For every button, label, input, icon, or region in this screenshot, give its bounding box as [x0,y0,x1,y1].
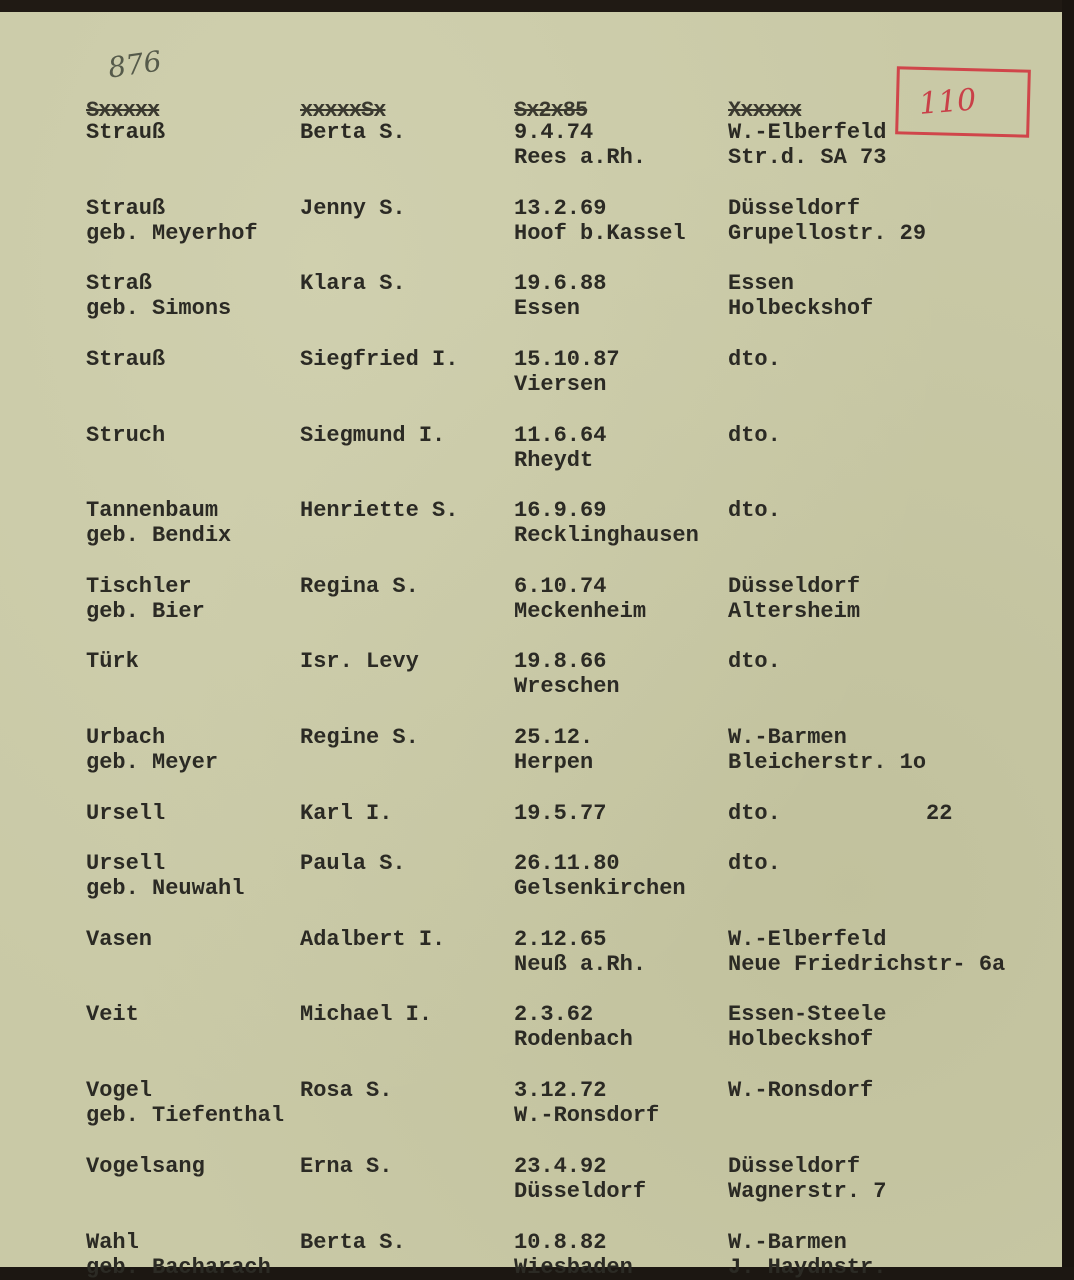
residence: Essen [728,271,794,296]
street-address: Bleicherstr. 1o [728,750,926,775]
maiden-name: geb. Simons [86,296,231,321]
surname: Urbach [86,725,165,750]
birth-place: Gelsenkirchen [514,876,686,901]
birth-place: Recklinghausen [514,523,699,548]
birth-place: W.-Ronsdorf [514,1103,659,1128]
surname: Strauß [86,347,165,372]
residence: Düsseldorf [728,1154,860,1179]
birth-place: Wreschen [514,674,620,699]
maiden-name: geb. Tiefenthal [86,1103,284,1128]
street-address: Neue Friedrichstr- 6a [728,952,1005,977]
residence: W.-Barmen [728,725,847,750]
handwritten-page-number: 876 [106,44,164,84]
surname: Vogel [86,1078,152,1103]
surname: Wahl [86,1230,139,1255]
scan-border-top [0,0,1074,12]
birth-place: Viersen [514,372,606,397]
birth-date: 3.12.72 [514,1078,606,1103]
birth-date: 2.12.65 [514,927,606,952]
birth-place: Rheydt [514,448,593,473]
residence: Düsseldorf [728,196,860,221]
surname: Struch [86,423,165,448]
surname: Tischler [86,574,192,599]
birth-place: Rodenbach [514,1027,633,1052]
birth-date: 19.8.66 [514,649,606,674]
residence: W.-Ronsdorf [728,1078,873,1103]
birth-place: Essen [514,296,580,321]
maiden-name: geb. Meyer [86,750,218,775]
street-address: Holbeckshof [728,296,873,321]
maiden-name: geb. Meyerhof [86,221,258,246]
given-name: Regine S. [300,725,419,750]
residence: dto. [728,347,781,372]
street-address: Str.d. SA 73 [728,145,886,170]
street-address: Wagnerstr. 7 [728,1179,886,1204]
given-name: Karl I. [300,801,392,826]
birth-date: 10.8.82 [514,1230,606,1255]
surname: Strauß [86,196,165,221]
surname: Vogelsang [86,1154,205,1179]
birth-date: 2.3.62 [514,1002,593,1027]
birth-date: 19.5.77 [514,801,606,826]
given-name: Paula S. [300,851,406,876]
surname: Ursell [86,801,165,826]
residence: dto. [728,649,781,674]
birth-date: 16.9.69 [514,498,606,523]
birth-date: 19.6.88 [514,271,606,296]
given-name: Michael I. [300,1002,432,1027]
maiden-name: geb. Bendix [86,523,231,548]
residence: W.-Elberfeld [728,927,886,952]
given-name: Erna S. [300,1154,392,1179]
residence: dto. [728,498,781,523]
surname: Türk [86,649,139,674]
given-name: Berta S. [300,120,406,145]
maiden-name: geb. Neuwahl [86,876,244,901]
surname: Straß [86,271,152,296]
street-address: Altersheim [728,599,860,624]
residence: W.-Elberfeld [728,120,886,145]
given-name: Klara S. [300,271,406,296]
birth-place: Neuß a.Rh. [514,952,646,977]
birth-place: Herpen [514,750,593,775]
birth-place: Hoof b.Kassel [514,221,686,246]
birth-place: Düsseldorf [514,1179,646,1204]
surname: Strauß [86,120,165,145]
street-address: J. Haydnstr. [728,1255,886,1267]
birth-date: 25.12. [514,725,593,750]
surname: Veit [86,1002,139,1027]
given-name: Berta S. [300,1230,406,1255]
birth-date: 15.10.87 [514,347,620,372]
birth-date: 23.4.92 [514,1154,606,1179]
maiden-name: geb. Bacharach [86,1255,271,1267]
given-name: Siegmund I. [300,423,445,448]
page-number-stamp: 110 [895,66,1031,137]
birth-place: Meckenheim [514,599,646,624]
birth-place: Wiesbaden [514,1255,633,1267]
residence: Düsseldorf [728,574,860,599]
residence: Essen-Steele [728,1002,886,1027]
surname: Ursell [86,851,165,876]
street-address: Grupellostr. 29 [728,221,926,246]
street-address: Holbeckshof [728,1027,873,1052]
birth-date: 9.4.74 [514,120,593,145]
surname: Vasen [86,927,152,952]
given-name: Isr. Levy [300,649,419,674]
document-page: 876 110 Sxxxxx xxxxxSx Sx2x85 Xxxxxx Str… [0,12,1062,1267]
given-name: Jenny S. [300,196,406,221]
birth-date: 13.2.69 [514,196,606,221]
residence: dto. [728,851,781,876]
residence: dto. [728,423,781,448]
stamp-number: 110 [918,82,978,121]
given-name: Adalbert I. [300,927,445,952]
surname: Tannenbaum [86,498,218,523]
scan-border-right [1062,0,1074,1267]
given-name: Siegfried I. [300,347,458,372]
residence: dto. 22 [728,801,952,826]
given-name: Regina S. [300,574,419,599]
birth-date: 26.11.80 [514,851,620,876]
birth-date: 11.6.64 [514,423,606,448]
birth-date: 6.10.74 [514,574,606,599]
birth-place: Rees a.Rh. [514,145,646,170]
maiden-name: geb. Bier [86,599,205,624]
given-name: Rosa S. [300,1078,392,1103]
given-name: Henriette S. [300,498,458,523]
residence: W.-Barmen [728,1230,847,1255]
